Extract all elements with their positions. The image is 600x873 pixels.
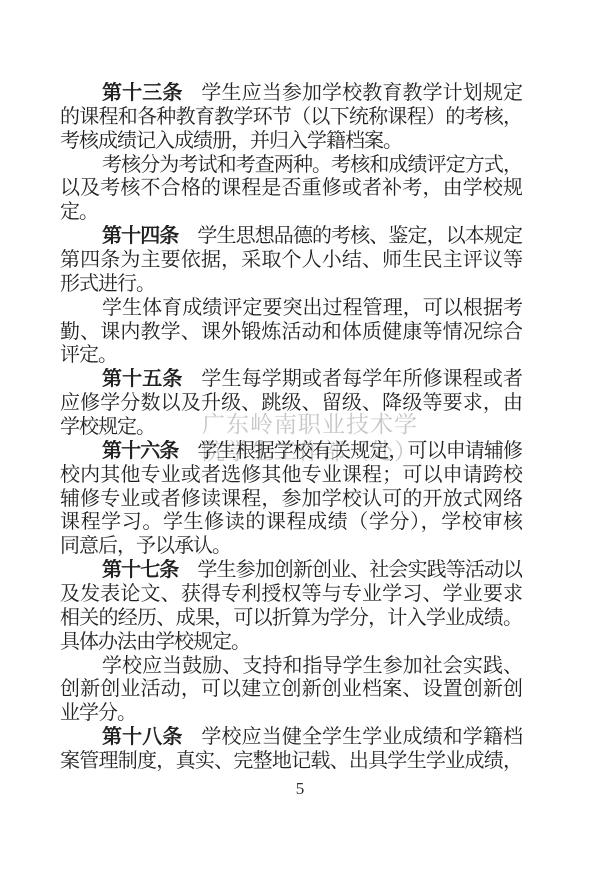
text-line: 形式进行。 (60, 273, 522, 297)
line-text: 以及考核不合格的课程是否重修或者补考，由学校规 (60, 177, 522, 199)
line-text: 考核分为考试和考查两种。考核和成绩评定方式， (102, 154, 522, 176)
line-text: 考核成绩记入成绩册，并归入学籍档案。 (60, 130, 402, 152)
line-text: 学生思想品德的考核、鉴定，以本规定 (197, 225, 522, 247)
article-number: 第十八条 (102, 726, 182, 748)
line-text: 学校应当鼓励、支持和指导学生参加社会实践、 (102, 655, 522, 677)
text-line: 课程学习。学生修读的课程成绩（学分），学校审核 (60, 511, 522, 535)
document-body: 第十三条学生应当参加学校教育教学计划规定 的课程和各种教育教学环节（以下统称课程… (60, 82, 522, 774)
text-line: 考核分为考试和考查两种。考核和成绩评定方式， (60, 154, 522, 178)
text-line: 相关的经历、成果，可以折算为学分，计入学业成绩。 (60, 607, 522, 631)
text-line: 第十八条学校应当健全学生学业成绩和学籍档 (60, 726, 522, 750)
line-text: 具体办法由学校规定。 (60, 631, 250, 653)
text-line: 定。 (60, 201, 522, 225)
text-line: 评定。 (60, 344, 522, 368)
line-text: 及发表论文、获得专利授权等与专业学习、学业要求 (60, 583, 522, 605)
line-text: 创新创业活动，可以建立创新创业档案、设置创新创 (60, 678, 522, 700)
text-line: 具体办法由学校规定。 (60, 631, 522, 655)
article-number: 第十三条 (102, 82, 182, 104)
document-page: 广东岭南职业技术学 院学生工作部（处） 第十三条学生应当参加学校教育教学计划规定… (0, 0, 600, 873)
line-text: 校内其他专业或者选修其他专业课程；可以申请跨校 (60, 464, 522, 486)
text-line: 业学分。 (60, 702, 522, 726)
text-line: 第十三条学生应当参加学校教育教学计划规定 (60, 82, 522, 106)
line-text: 评定。 (60, 344, 117, 366)
text-line: 第十五条学生每学期或者每学年所修课程或者 (60, 368, 522, 392)
article-number: 第十四条 (102, 225, 178, 247)
article-number: 第十七条 (102, 559, 178, 581)
text-line: 以及考核不合格的课程是否重修或者补考，由学校规 (60, 177, 522, 201)
line-text: 同意后，予以承认。 (60, 535, 231, 557)
text-line: 学校应当鼓励、支持和指导学生参加社会实践、 (60, 655, 522, 679)
line-text: 第四条为主要依据，采取个人小结、师生民主评议等 (60, 249, 522, 271)
text-line: 第十六条学生根据学校有关规定，可以申请辅修 (60, 440, 522, 464)
text-line: 第十七条学生参加创新创业、社会实践等活动以 (60, 559, 522, 583)
text-line: 考核成绩记入成绩册，并归入学籍档案。 (60, 130, 522, 154)
line-text: 案管理制度，真实、完整地记载、出具学生学业成绩， (60, 750, 522, 772)
page-number: 5 (0, 779, 600, 799)
text-line: 创新创业活动，可以建立创新创业档案、设置创新创 (60, 678, 522, 702)
line-text: 学生应当参加学校教育教学计划规定 (201, 82, 522, 104)
line-text: 的课程和各种教育教学环节（以下统称课程）的考核， (60, 106, 522, 128)
text-line: 的课程和各种教育教学环节（以下统称课程）的考核， (60, 106, 522, 130)
line-text: 课程学习。学生修读的课程成绩（学分），学校审核 (60, 511, 522, 533)
line-text: 学生根据学校有关规定，可以申请辅修 (197, 440, 522, 462)
line-text: 相关的经历、成果，可以折算为学分，计入学业成绩。 (60, 607, 522, 629)
text-line: 应修学分数以及升级、跳级、留级、降级等要求，由 (60, 392, 522, 416)
text-line: 同意后，予以承认。 (60, 535, 522, 559)
text-line: 学生体育成绩评定要突出过程管理，可以根据考 (60, 297, 522, 321)
line-text: 学生参加创新创业、社会实践等活动以 (197, 559, 522, 581)
line-text: 勤、课内教学、课外锻炼活动和体质健康等情况综合 (60, 321, 522, 343)
line-text: 学生每学期或者每学年所修课程或者 (201, 368, 522, 390)
line-text: 学校规定。 (60, 416, 155, 438)
text-line: 辅修专业或者修读课程，参加学校认可的开放式网络 (60, 488, 522, 512)
text-line: 及发表论文、获得专利授权等与专业学习、学业要求 (60, 583, 522, 607)
line-text: 应修学分数以及升级、跳级、留级、降级等要求，由 (60, 392, 522, 414)
line-text: 形式进行。 (60, 273, 155, 295)
line-text: 学校应当健全学生学业成绩和学籍档 (201, 726, 522, 748)
text-line: 第十四条学生思想品德的考核、鉴定，以本规定 (60, 225, 522, 249)
article-number: 第十六条 (102, 440, 178, 462)
text-line: 勤、课内教学、课外锻炼活动和体质健康等情况综合 (60, 321, 522, 345)
line-text: 辅修专业或者修读课程，参加学校认可的开放式网络 (60, 488, 522, 510)
line-text: 学生体育成绩评定要突出过程管理，可以根据考 (102, 297, 522, 319)
text-line: 学校规定。 (60, 416, 522, 440)
text-line: 案管理制度，真实、完整地记载、出具学生学业成绩， (60, 750, 522, 774)
article-number: 第十五条 (102, 368, 182, 390)
line-text: 业学分。 (60, 702, 136, 724)
text-line: 第四条为主要依据，采取个人小结、师生民主评议等 (60, 249, 522, 273)
line-text: 定。 (60, 201, 98, 223)
text-line: 校内其他专业或者选修其他专业课程；可以申请跨校 (60, 464, 522, 488)
